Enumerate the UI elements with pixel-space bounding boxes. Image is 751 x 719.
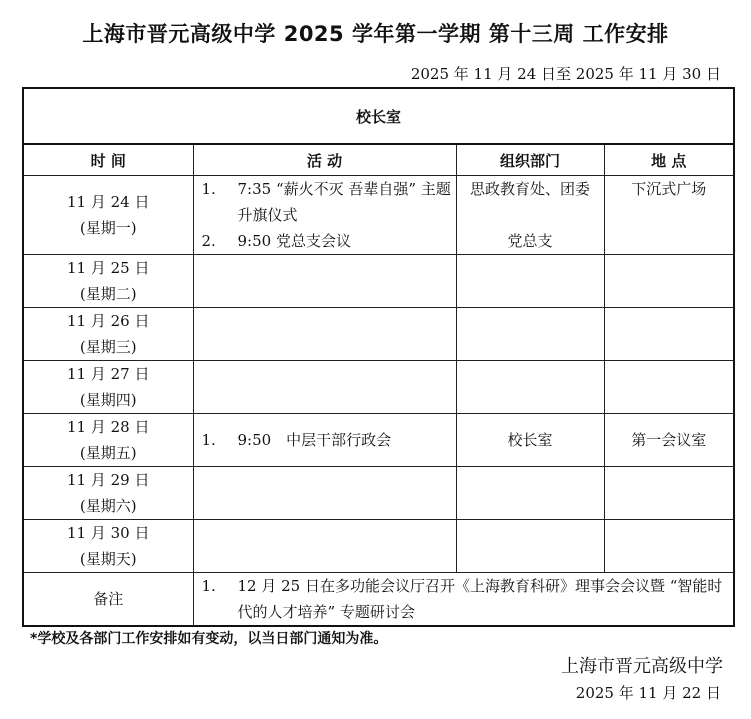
date-cell: 11 月 25 日 (星期二) bbox=[23, 255, 193, 308]
location-cell bbox=[604, 308, 734, 361]
activity-cell bbox=[193, 467, 456, 520]
table-row: 11 月 26 日 (星期三) bbox=[23, 308, 734, 361]
location-cell bbox=[604, 361, 734, 414]
organizer-cell: 校长室 bbox=[456, 414, 604, 467]
table-row: 11 月 28 日 (星期五) 1. 9:50 中层干部行政会 校长室 第一会议… bbox=[23, 414, 734, 467]
sign-date: 2025 年 11 月 22 日 bbox=[576, 682, 721, 703]
location-cell bbox=[604, 467, 734, 520]
date: 11 月 24 日 bbox=[24, 189, 193, 215]
location-cell: 第一会议室 bbox=[604, 414, 734, 467]
date-cell: 11 月 28 日 (星期五) bbox=[23, 414, 193, 467]
activity-cell: 1. 9:50 中层干部行政会 bbox=[193, 414, 456, 467]
table-row: 11 月 29 日 (星期六) bbox=[23, 467, 734, 520]
organizer-cell bbox=[456, 308, 604, 361]
organizer-cell: 思政教育处、团委 党总支 bbox=[456, 176, 604, 255]
schedule-table: 校长室 时 间 活 动 组织部门 地 点 11 月 24 日 (星期一) 1. … bbox=[22, 87, 735, 627]
footnote: *学校及各部门工作安排如有变动，以当日部门通知为准。 bbox=[30, 628, 387, 648]
activity-cell bbox=[193, 361, 456, 414]
column-header-time: 时 间 bbox=[23, 144, 193, 176]
activity-cell: 1. 7:35 “薪火不灭 吾辈自强” 主题升旗仪式 2. 9:50 党总支会议 bbox=[193, 176, 456, 255]
signer: 上海市晋元高级中学 bbox=[561, 652, 723, 678]
activity-item: 1. 9:50 中层干部行政会 bbox=[202, 427, 456, 453]
remarks-row: 备注 1. 12 月 25 日在多功能会议厅召开《上海教育科研》理事会会议暨 “… bbox=[23, 573, 734, 627]
date-cell: 11 月 29 日 (星期六) bbox=[23, 467, 193, 520]
activity-item: 2. 9:50 党总支会议 bbox=[202, 228, 456, 254]
table-row: 11 月 24 日 (星期一) 1. 7:35 “薪火不灭 吾辈自强” 主题升旗… bbox=[23, 176, 734, 255]
organizer-cell bbox=[456, 255, 604, 308]
organizer-cell bbox=[456, 467, 604, 520]
activity-cell bbox=[193, 255, 456, 308]
section-title: 校长室 bbox=[23, 88, 734, 144]
column-header-activity: 活 动 bbox=[193, 144, 456, 176]
table-row: 11 月 30 日 (星期天) bbox=[23, 520, 734, 573]
organizer-cell bbox=[456, 361, 604, 414]
activity-item: 1. 7:35 “薪火不灭 吾辈自强” 主题升旗仪式 bbox=[202, 176, 456, 228]
table-header-row: 时 间 活 动 组织部门 地 点 bbox=[23, 144, 734, 176]
remarks-label: 备注 bbox=[23, 573, 193, 627]
activity-cell bbox=[193, 308, 456, 361]
activity-cell bbox=[193, 520, 456, 573]
date-cell: 11 月 26 日 (星期三) bbox=[23, 308, 193, 361]
date-range: 2025 年 11 月 24 日至 2025 年 11 月 30 日 bbox=[411, 63, 721, 84]
table-row: 11 月 27 日 (星期四) bbox=[23, 361, 734, 414]
table-row: 11 月 25 日 (星期二) bbox=[23, 255, 734, 308]
location-cell bbox=[604, 520, 734, 573]
organizer-cell bbox=[456, 520, 604, 573]
column-header-location: 地 点 bbox=[604, 144, 734, 176]
date-cell: 11 月 24 日 (星期一) bbox=[23, 176, 193, 255]
date-cell: 11 月 27 日 (星期四) bbox=[23, 361, 193, 414]
column-header-organizer: 组织部门 bbox=[456, 144, 604, 176]
document-title: 上海市晋元高级中学 2025 学年第一学期 第十三周 工作安排 bbox=[0, 18, 751, 48]
remark-item: 1. 12 月 25 日在多功能会议厅召开《上海教育科研》理事会会议暨 “智能时… bbox=[202, 573, 734, 625]
weekday: (星期一) bbox=[24, 215, 193, 241]
remarks-cell: 1. 12 月 25 日在多功能会议厅召开《上海教育科研》理事会会议暨 “智能时… bbox=[193, 573, 734, 627]
location-cell: 下沉式广场 bbox=[604, 176, 734, 255]
date-cell: 11 月 30 日 (星期天) bbox=[23, 520, 193, 573]
location-cell bbox=[604, 255, 734, 308]
